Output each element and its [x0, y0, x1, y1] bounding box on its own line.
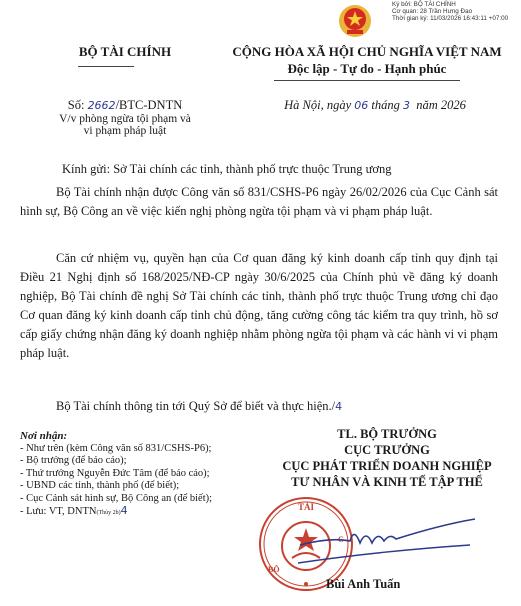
archive-note: (Thủy 2b)	[96, 510, 120, 516]
recipient-line: Kính gửi: Sở Tài chính các tỉnh, thành p…	[62, 162, 391, 177]
signature-block: TL. BỘ TRƯỞNG CỤC TRƯỞNG CỤC PHÁT TRIỂN …	[262, 426, 512, 490]
doc-number-handwritten: 2662	[88, 99, 116, 112]
national-motto: Độc lập - Tự do - Hạnh phúc	[222, 60, 512, 77]
handwritten-signature-icon	[290, 515, 480, 575]
body-paragraph-1: Bộ Tài chính nhận được Công văn số 831/C…	[20, 183, 498, 221]
body-paragraph-3: Bộ Tài chính thông tin tới Quý Sở để biế…	[20, 397, 498, 416]
date-year: năm 2026	[410, 98, 466, 112]
date-day: 06	[354, 99, 368, 112]
document-date: Hà Nội, ngày 06 tháng 3 năm 2026	[230, 98, 520, 113]
handwritten-mark: 4	[121, 504, 128, 517]
recipients-list: Nơi nhận: - Như trên (kèm Công văn số 83…	[20, 430, 212, 520]
date-prefix: Hà Nội, ngày	[284, 98, 354, 112]
date-month: 3	[403, 99, 410, 112]
recipient-item: - Thứ trưởng Nguyễn Đức Tâm (để báo cáo)…	[20, 468, 212, 481]
date-mid: tháng	[368, 98, 403, 112]
digital-signature-info: Ký bởi: BỘ TÀI CHÍNH Cơ quan: 28 Trần Hư…	[392, 1, 508, 23]
national-header: CỘNG HÒA XÃ HỘI CHỦ NGHĨA VIỆT NAM Độc l…	[222, 43, 512, 77]
archive-label: - Lưu: VT, DNTN	[20, 506, 96, 517]
signer-title-2: CỤC TRƯỞNG	[262, 442, 512, 458]
signer-title-3: CỤC PHÁT TRIỂN DOANH NGHIỆP	[262, 458, 512, 474]
recipient-item-archive: - Lưu: VT, DNTN(Thủy 2b)4	[20, 505, 212, 520]
recipient-item: - UBND các tỉnh, thành phố (để biết);	[20, 480, 212, 493]
paragraph-3-text: Bộ Tài chính thông tin tới Quý Sở để biế…	[56, 399, 335, 413]
paragraph-1-text: Bộ Tài chính nhận được Công văn số 831/C…	[20, 183, 498, 221]
body-paragraph-2: Căn cứ nhiệm vụ, quyền hạn của Cơ quan đ…	[20, 249, 498, 363]
nation-name: CỘNG HÒA XÃ HỘI CHỦ NGHĨA VIỆT NAM	[222, 43, 512, 60]
doc-number-suffix: /BTC-DNTN	[116, 98, 183, 112]
document-subject: V/v phòng ngừa tội phạm và vi phạm pháp …	[35, 113, 215, 137]
document-number: Số: 2662/BTC-DNTN	[35, 98, 215, 113]
svg-text:TÀI: TÀI	[298, 502, 315, 512]
paragraph-2-text: Căn cứ nhiệm vụ, quyền hạn của Cơ quan đ…	[20, 249, 498, 363]
recipient-item: - Như trên (kèm Công văn số 831/CSHS-P6)…	[20, 443, 212, 456]
signature-agency: Cơ quan: 28 Trần Hưng Đạo	[392, 8, 508, 15]
recipients-title: Nơi nhận:	[20, 430, 212, 443]
signer-title-1: TL. BỘ TRƯỞNG	[262, 426, 512, 442]
subject-line-1: V/v phòng ngừa tội phạm và	[35, 113, 215, 125]
signer-title-4: TƯ NHÂN VÀ KINH TẾ TẬP THỂ	[262, 474, 512, 490]
handwritten-mark: 4	[335, 400, 342, 413]
recipient-item: - Cục Cảnh sát hình sự, Bộ Công an (để b…	[20, 493, 212, 506]
issuer-name: BỘ TÀI CHÍNH	[40, 44, 210, 60]
national-emblem-icon	[338, 4, 372, 38]
signer-name: Bùi Anh Tuấn	[326, 577, 400, 592]
motto-divider	[274, 80, 460, 81]
signature-time: Thời gian ký: 11/03/2026 16:43:11 +07:00	[392, 15, 508, 22]
subject-line-2: vi phạm pháp luật	[35, 125, 215, 137]
doc-number-prefix: Số:	[68, 98, 88, 112]
issuer-divider	[78, 66, 134, 67]
svg-text:BỘ: BỘ	[268, 565, 280, 574]
recipient-item: - Bộ trưởng (để báo cáo);	[20, 455, 212, 468]
